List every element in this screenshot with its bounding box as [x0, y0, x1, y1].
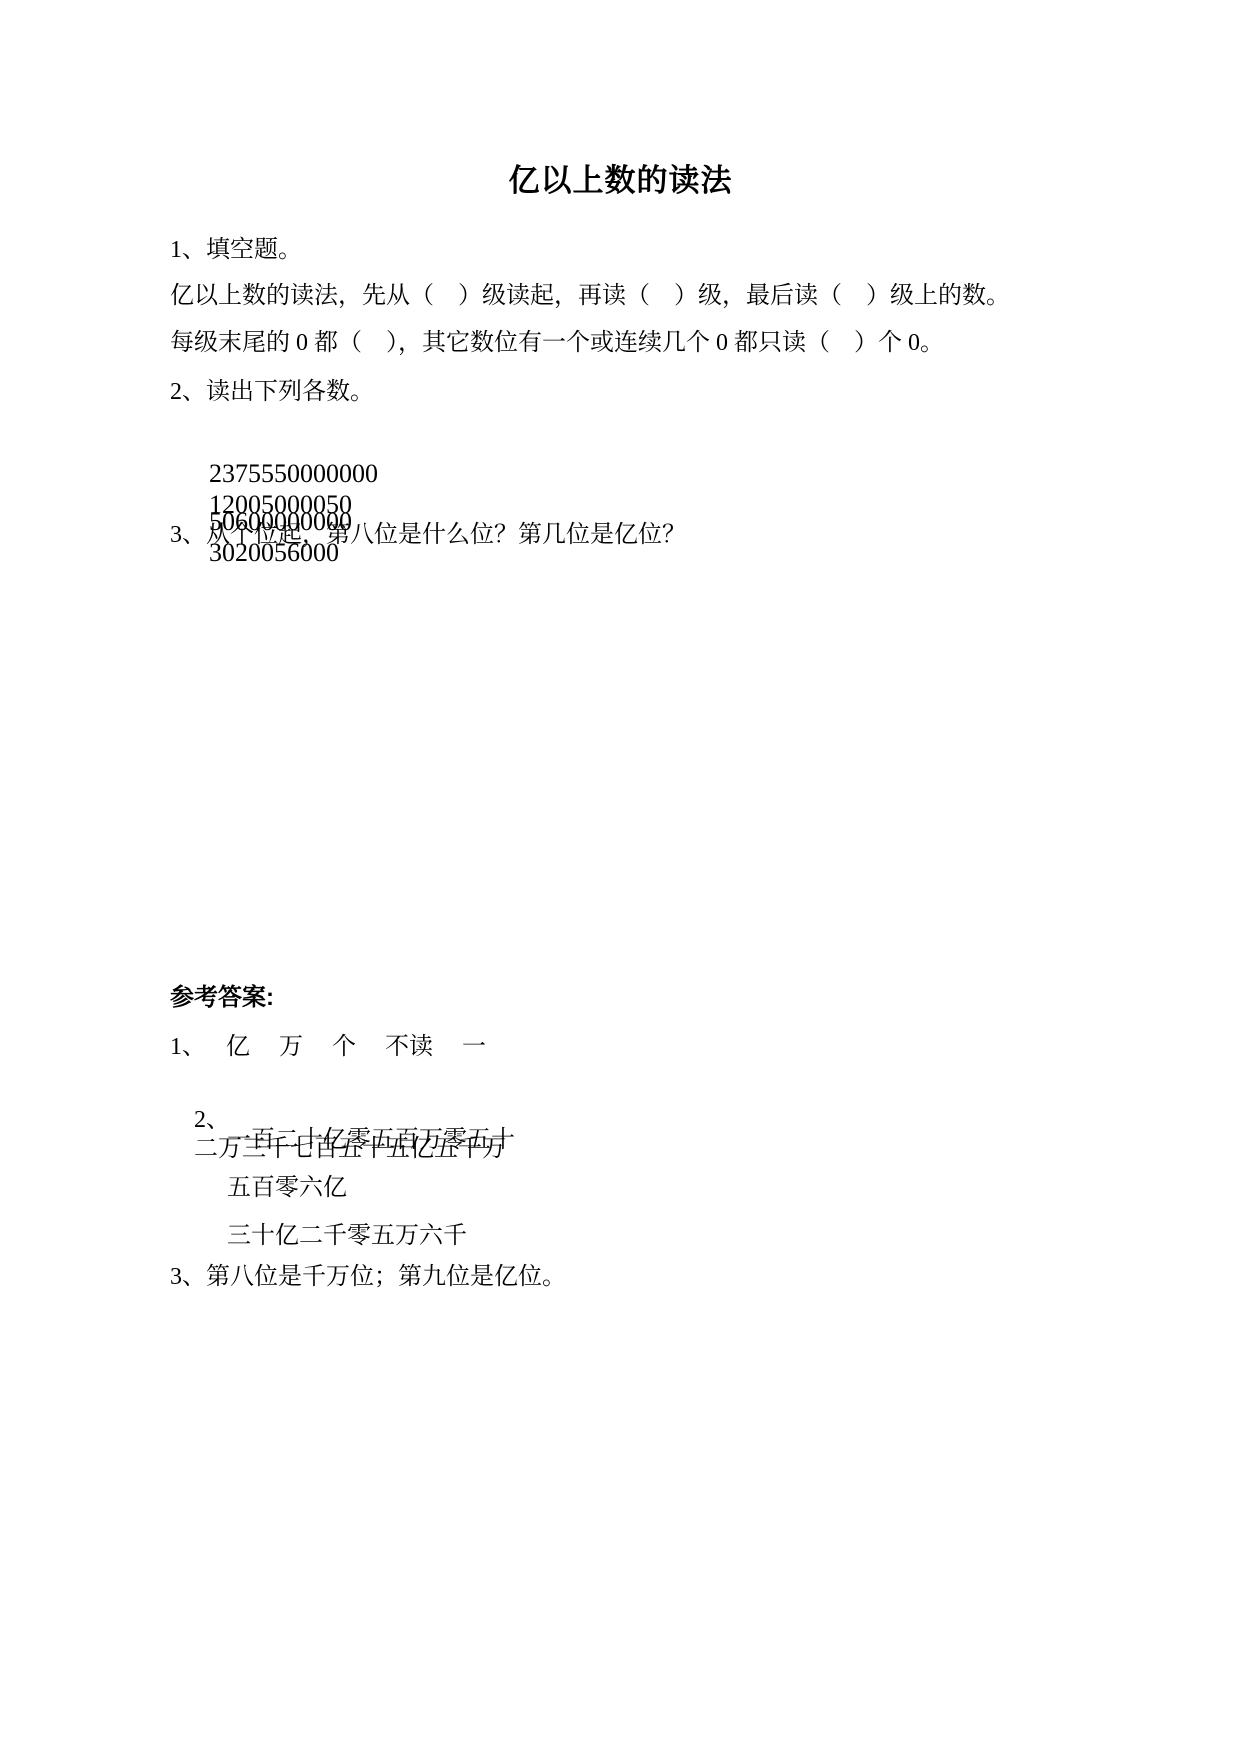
answer-1-blank-value: 个 — [332, 1033, 356, 1062]
answer-1-blank-value: 一 — [462, 1033, 486, 1062]
answer-1-prefix: 1、 — [170, 1033, 206, 1062]
answer-2-reading: 三十亿二千零五万六千 — [227, 1222, 467, 1251]
answer-1-row: 1、 亿 万 个 不读 一 — [170, 1033, 486, 1062]
answer-2-reading: 五百零六亿 — [227, 1174, 347, 1203]
question-1-label: 1、填空题。 — [170, 236, 302, 265]
question-1-fill-blank-line-1: 亿以上数的读法，先从（ ）级读起，再读（ ）级，最后读（ ）级上的数。 — [170, 282, 1010, 311]
page-title: 亿以上数的读法 — [0, 155, 1241, 200]
answer-3: 3、第八位是千万位；第九位是亿位。 — [170, 1263, 566, 1292]
answer-1-blank-value: 万 — [279, 1033, 303, 1062]
answer-1-blank-value: 亿 — [226, 1033, 250, 1062]
question-3-label: 3、从个位起，第八位是什么位？第几位是亿位？ — [170, 521, 686, 550]
answer-2-reading: 一百二十亿零五百万零五十 — [227, 1126, 515, 1155]
answers-heading: 参考答案: — [170, 984, 274, 1013]
question-1-fill-blank-line-2: 每级末尾的 0 都（ ），其它数位有一个或连续几个 0 都只读（ ）个 0。 — [170, 329, 944, 358]
question-2-label: 2、读出下列各数。 — [170, 378, 374, 407]
worksheet-page: 亿以上数的读法 1、填空题。 亿以上数的读法，先从（ ）级读起，再读（ ）级，最… — [0, 0, 1241, 1754]
answer-1-blank-value: 不读 — [385, 1033, 433, 1062]
